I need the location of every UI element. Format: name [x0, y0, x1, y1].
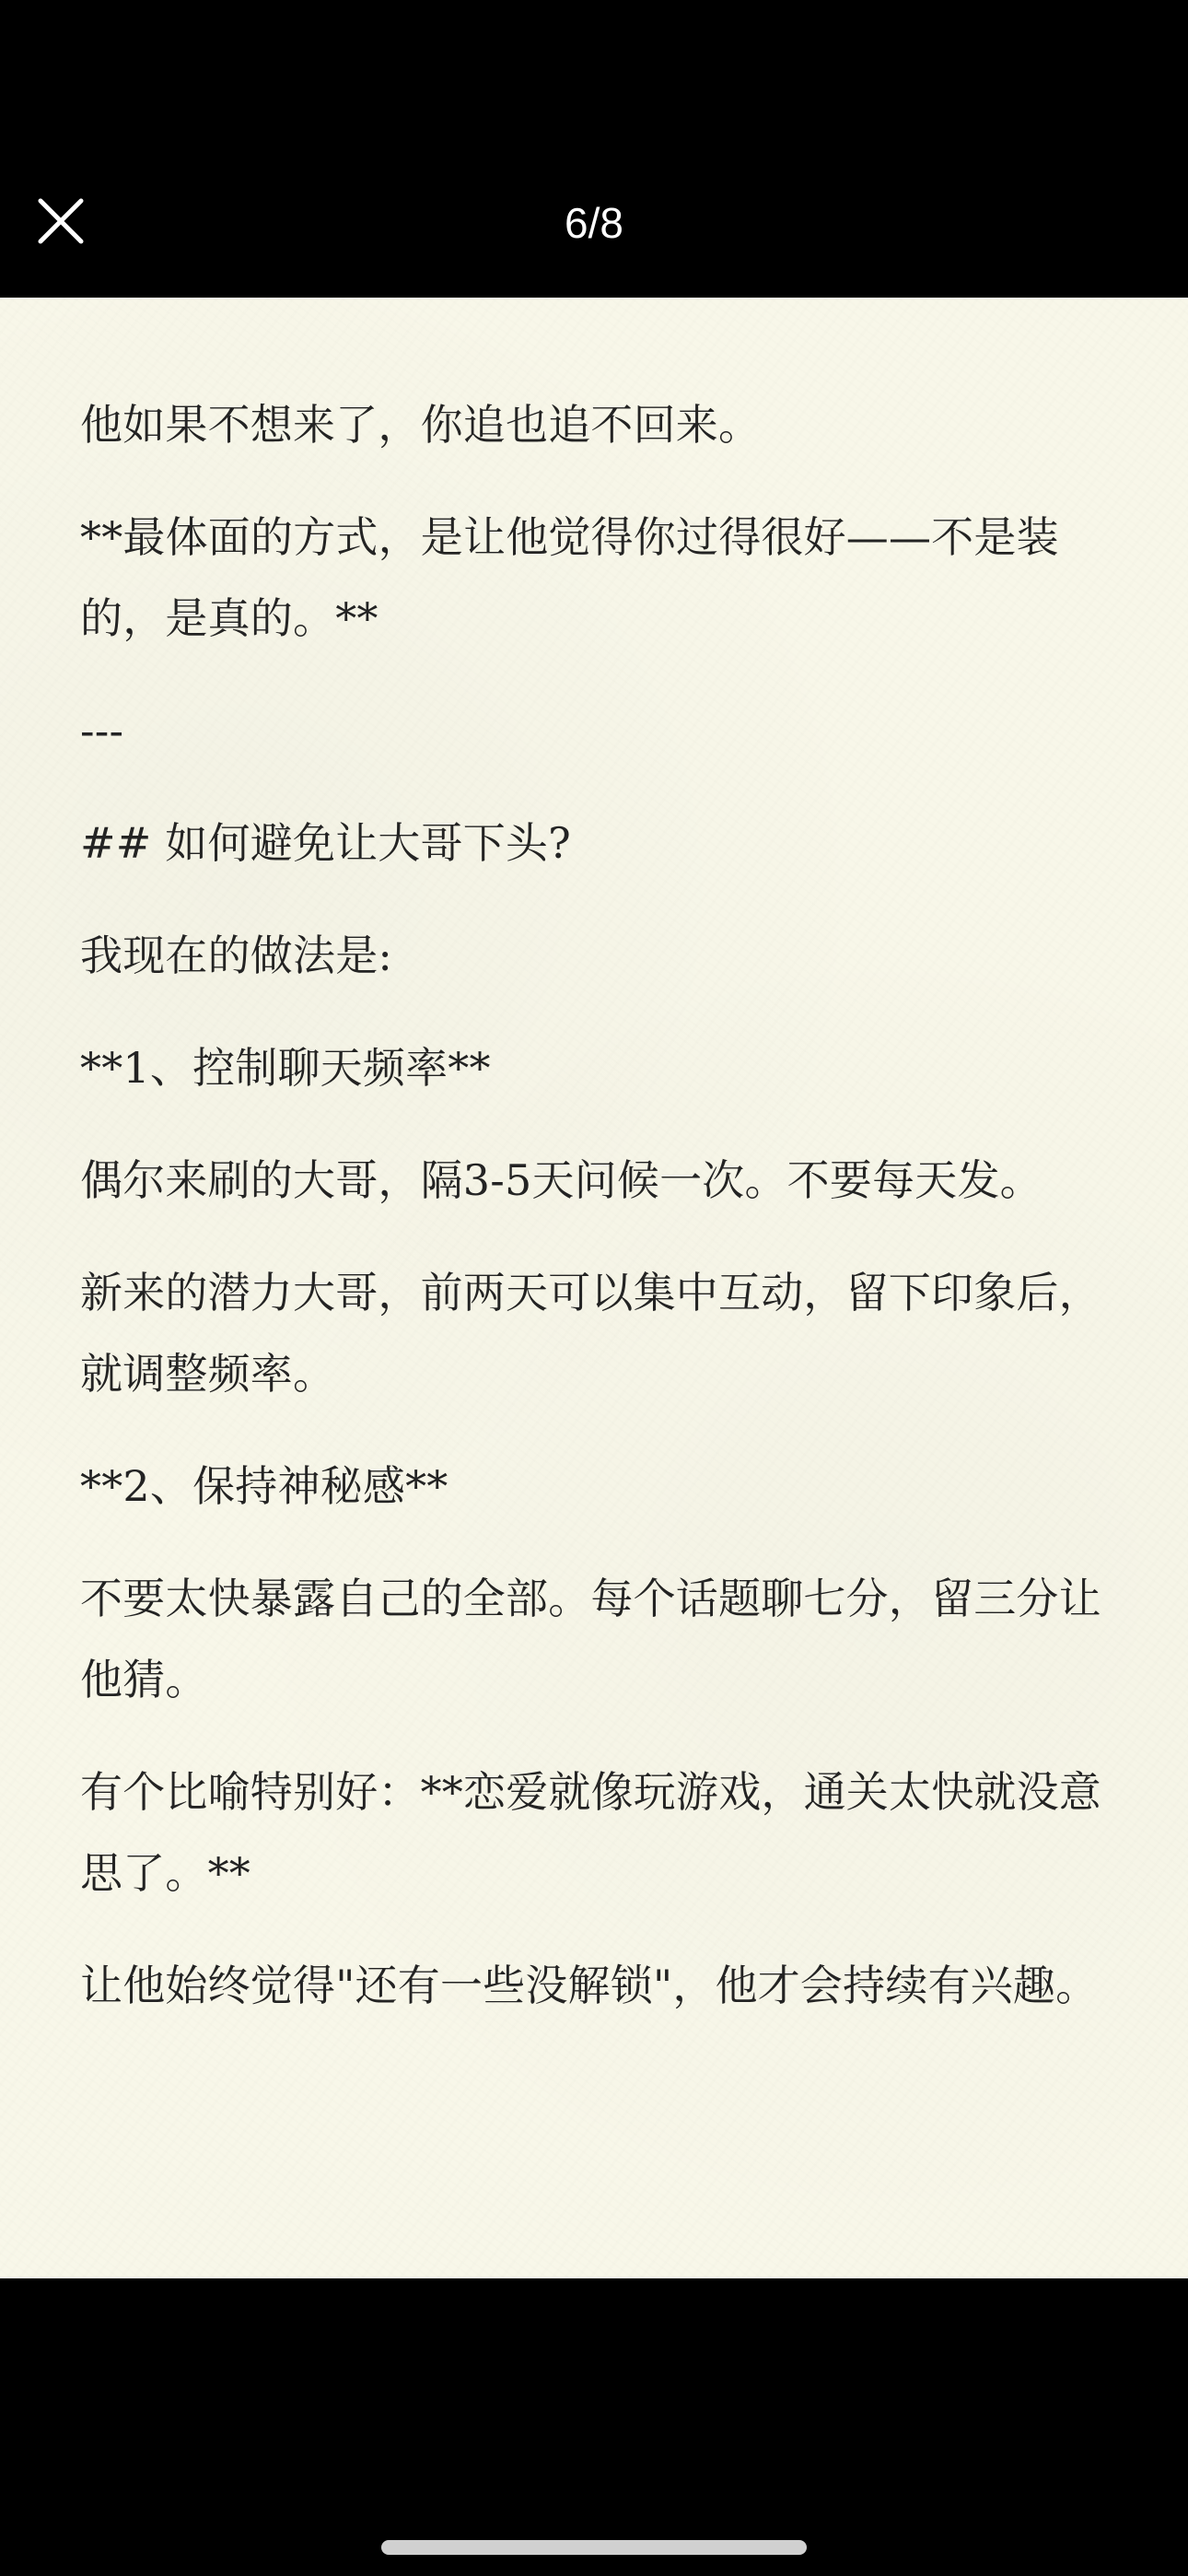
subheading: **2、保持神秘感**	[80, 1446, 1113, 1527]
home-indicator[interactable]	[381, 2540, 807, 2555]
paragraph: 有个比喻特别好：**恋爱就像玩游戏，通关太快就没意思了。**	[80, 1751, 1113, 1914]
page-counter: 6/8	[0, 195, 1188, 251]
bottom-bar	[0, 2278, 1188, 2576]
paragraph: 不要太快暴露自己的全部。每个话题聊七分，留三分让他猜。	[80, 1558, 1113, 1720]
top-bar: 6/8	[0, 0, 1188, 298]
paragraph: 偶尔来刷的大哥，隔3-5天问候一次。不要每天发。	[80, 1140, 1113, 1221]
reader-page[interactable]: 他如果不想来了，你追也追不回来。 **最体面的方式，是让他觉得你过得很好——不是…	[0, 298, 1188, 2278]
paragraph-bold: **最体面的方式，是让他觉得你过得很好——不是装的，是真的。**	[80, 497, 1113, 659]
paragraph: 让他始终觉得"还有一些没解锁"，他才会持续有兴趣。	[80, 1945, 1113, 2026]
subheading: **1、控制聊天频率**	[80, 1027, 1113, 1108]
horizontal-rule-text: ---	[80, 690, 1113, 771]
paragraph: 他如果不想来了，你追也追不回来。	[80, 384, 1113, 465]
section-heading: ## 如何避免让大哥下头?	[80, 802, 1113, 884]
article-content: 他如果不想来了，你追也追不回来。 **最体面的方式，是让他觉得你过得很好——不是…	[80, 384, 1113, 2057]
paragraph: 新来的潜力大哥，前两天可以集中互动，留下印象后，就调整频率。	[80, 1252, 1113, 1414]
paragraph: 我现在的做法是:	[80, 915, 1113, 996]
